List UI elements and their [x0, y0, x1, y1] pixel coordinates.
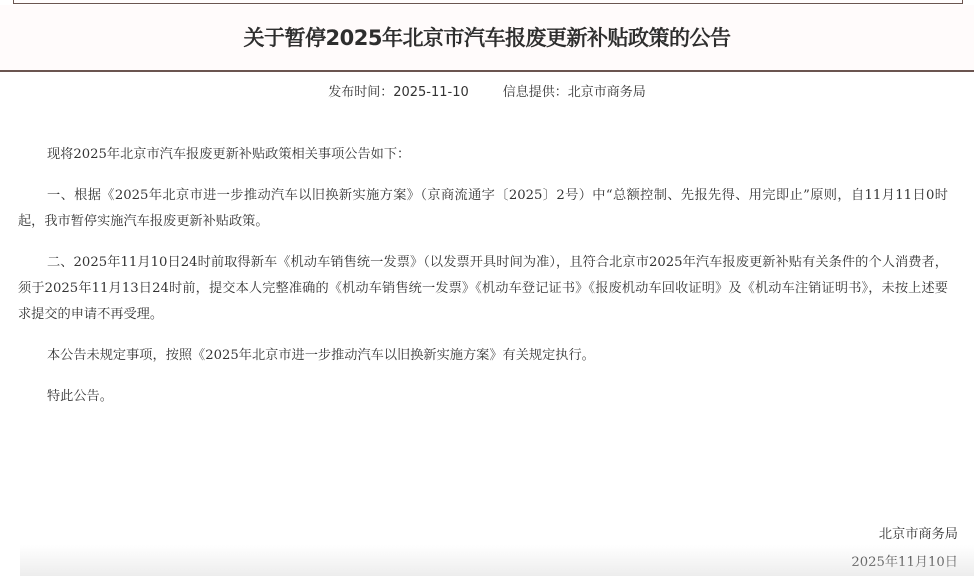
article-meta: 发布时间：2025-11-10信息提供：北京市商务局	[0, 81, 974, 100]
top-frame	[13, 0, 963, 4]
source-label: 信息提供：	[503, 81, 568, 100]
publish-label: 发布时间：	[328, 81, 393, 100]
paragraph-intro: 现将2025年北京市汽车报废更新补贴政策相关事项公告如下：	[18, 142, 948, 168]
publish-date: 2025-11-10	[393, 85, 469, 100]
signature-issuer: 北京市商务局	[851, 521, 958, 549]
paragraph-item-1: 一、根据《2025年北京市进一步推动汽车以旧换新实施方案》（京商流通字〔2025…	[18, 183, 948, 235]
signature-date: 2025年11月10日	[851, 549, 958, 576]
paragraph-note: 本公告未规定事项，按照《2025年北京市进一步推动汽车以旧换新实施方案》有关规定…	[18, 343, 948, 369]
bottom-shadow	[20, 545, 974, 576]
page-title: 关于暂停2025年北京市汽车报废更新补贴政策的公告	[0, 22, 974, 52]
signature-block: 北京市商务局 2025年11月10日	[851, 521, 958, 576]
header-divider	[0, 70, 974, 72]
source-value: 北京市商务局	[568, 81, 646, 100]
article-body: 现将2025年北京市汽车报废更新补贴政策相关事项公告如下： 一、根据《2025年…	[18, 142, 948, 425]
paragraph-closing: 特此公告。	[18, 384, 948, 410]
paragraph-item-2: 二、2025年11月10日24时前取得新车《机动车销售统一发票》（以发票开具时间…	[18, 250, 948, 328]
